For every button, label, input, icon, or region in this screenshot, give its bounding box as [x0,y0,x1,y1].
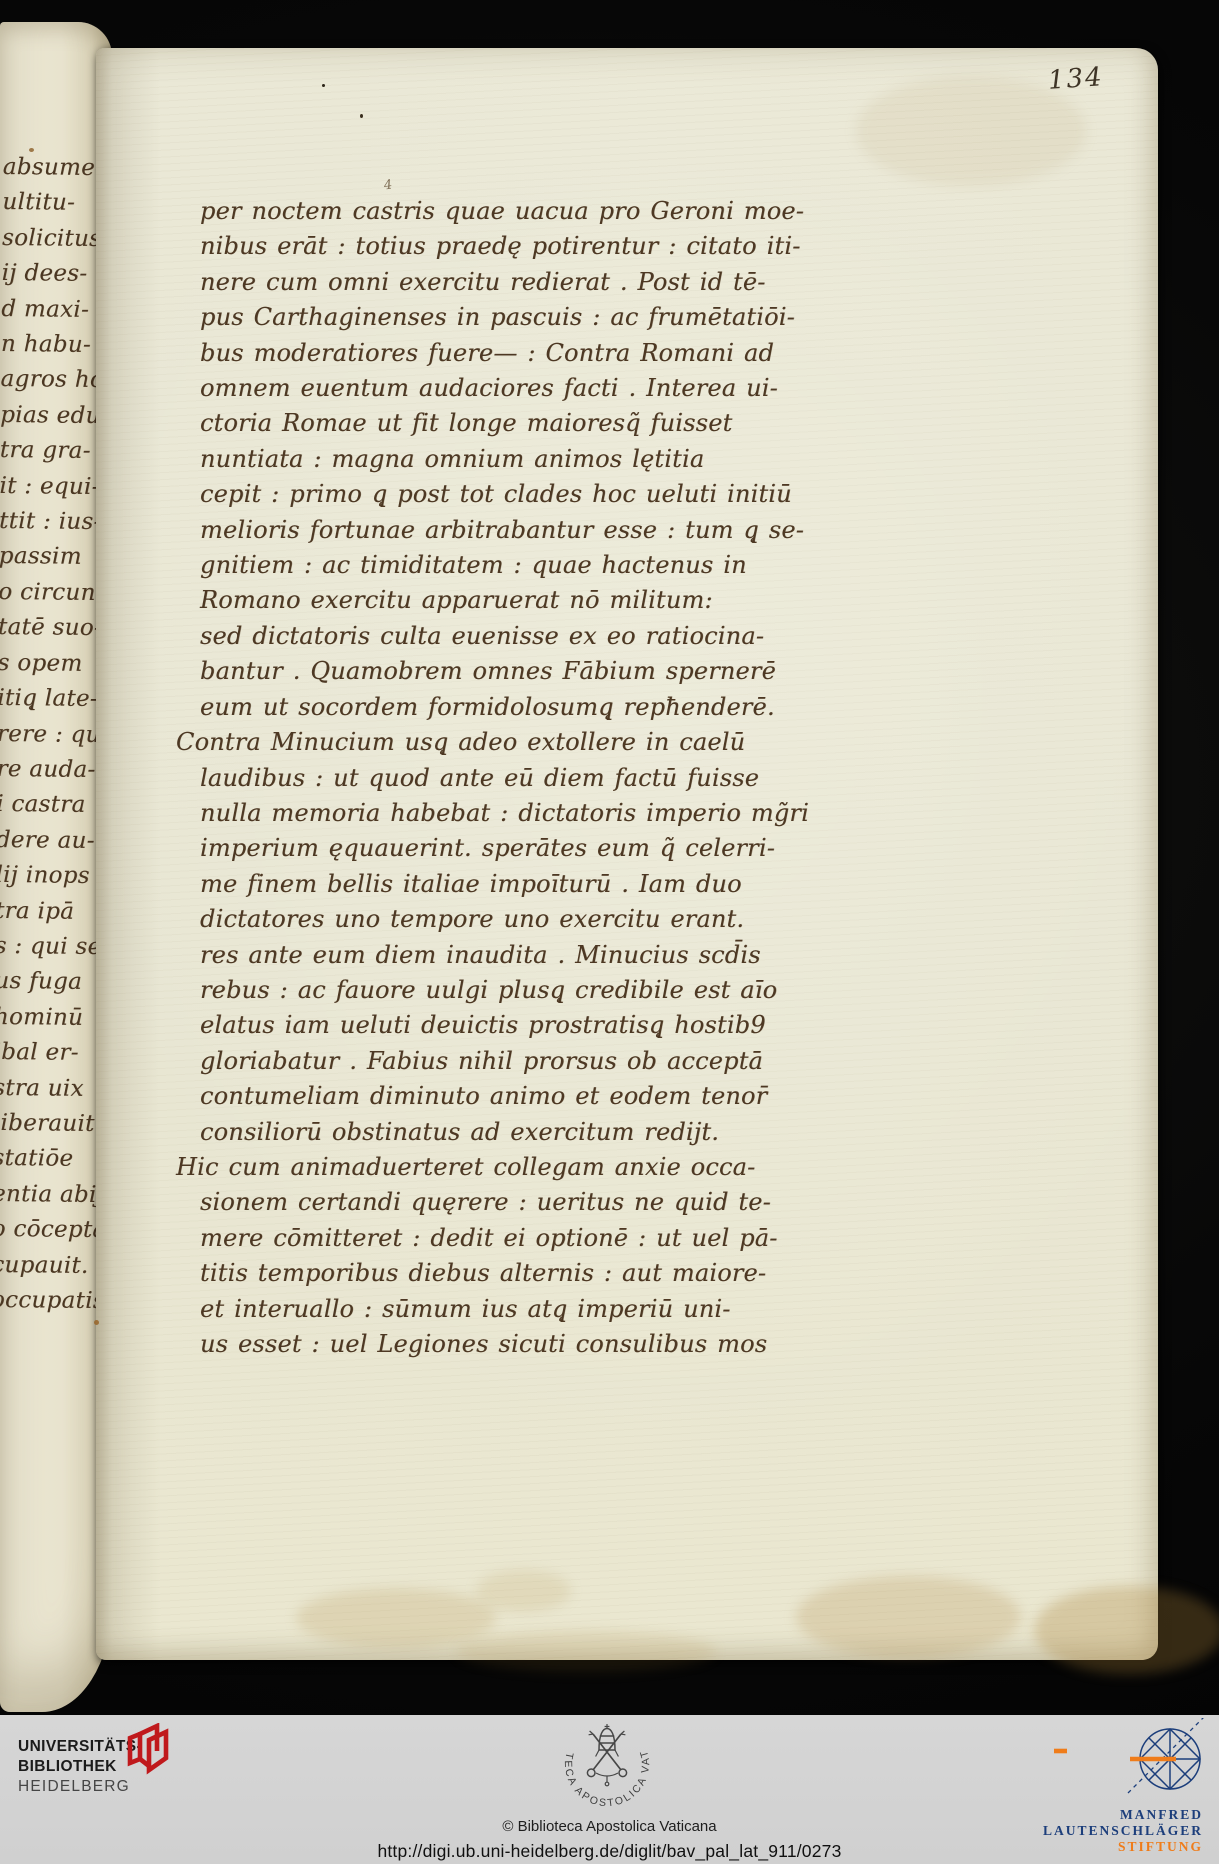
manuscript-line: contumeliam diminuto animo et eodem teno… [200,1079,809,1114]
manuscript-page: 134 4 per noctem castris quae uacua pro … [96,48,1158,1660]
manuscript-line: sed dictatoris culta euenisse ex eo rati… [200,619,809,654]
manuscript-line: et interuallo : sūmum ius atq̨ imperiū u… [200,1292,809,1327]
vatican-arc-text: BIBLIOTECA APOSTOLICA VATICANA [487,1718,652,1809]
manuscript-line: me finem bellis italiae impoīturū . Iam … [200,867,809,902]
manuscript-line: gnitiem : ac timiditatem : quae hactenus… [200,548,809,583]
manuscript-line: per noctem castris quae uacua pro Geroni… [200,194,809,229]
paper-stain [296,1588,496,1648]
manuscript-line: titis temporibus diebus alternis : aut m… [200,1256,809,1291]
manuscript-line: gloriabatur . Fabius nihil prorsus ob ac… [200,1044,809,1079]
manuscript-line: pus Carthaginenses in pascuis : ac frumē… [200,300,809,335]
paper-stain [456,1630,716,1672]
footer-bar: UNIVERSITÄTS- BIBLIOTHEK HEIDELBERG [0,1715,1219,1864]
manuscript-line: omnem euentum audaciores facti . Interea… [200,371,809,406]
manuscript-line: Romano exercitu apparuerat nō militum: [200,583,809,618]
papal-keys-tiara-icon [587,1724,626,1786]
manuscript-line: laudibus : ut quod ante eū diem factū fu… [200,761,809,796]
folio-number: 134 [1047,62,1105,96]
image-source-url: http://digi.ub.uni-heidelberg.de/diglit/… [0,1841,1219,1862]
paper-speck [94,1320,99,1325]
ub-book-icon [116,1723,174,1802]
manuscript-line: imperium ęquauerint. sperātes eum q̃ cel… [200,831,809,866]
paper-stain [856,76,1086,186]
manuscript-line: Hic cum animaduerteret collegam anxie oc… [176,1150,809,1185]
manuscript-line: nulla memoria habebat : dictatoris imper… [200,796,809,831]
manuscript-line: nuntiata : magna omnium animos lętitia [200,442,809,477]
manuscript-line: mere cōmitteret : dedit ei optionē : ut … [200,1221,809,1256]
paper-speck [29,148,34,152]
manuscript-line: res ante eum diem inaudita . Minucius sc… [200,938,809,973]
manuscript-line: eum ut socordem formidolosumq̨ repħender… [200,690,809,725]
manuscript-line: consiliorū obstinatus ad exercitum redij… [200,1115,809,1150]
manuscript-line: nere cum omni exercitu redierat . Post i… [200,265,809,300]
scan-viewer: absume-ultitu-solicitusij dees-d maxi-n … [0,0,1219,1864]
paper-speck [322,84,325,87]
manuscript-line: melioris fortunae arbitrabantur esse : t… [200,513,809,548]
paper-stain [476,1570,571,1612]
paper-speck [360,114,363,118]
manuscript-text: per noctem castris quae uacua pro Geroni… [200,194,809,1362]
manuscript-line: cepit : primo q̨ post tot clades hoc uel… [200,477,809,512]
vatican-emblem: BIBLIOTECA APOSTOLICA VATICANA [487,1718,727,1823]
manuscript-line: us esset : uel Legiones sicuti consulibu… [200,1327,809,1362]
ml-line-1: MANFRED [1043,1807,1203,1823]
ml-globe-icon [1040,1718,1212,1805]
manuscript-line: nibus erāt : totius praedę potirentur : … [200,229,809,264]
manuscript-photo: absume-ultitu-solicitusij dees-d maxi-n … [0,0,1219,1715]
paper-stain [796,1576,1021,1658]
manuscript-line: dictatores uno tempore uno exercitu eran… [200,902,809,937]
manuscript-line: sionem certandi quęrere : ueritus ne qui… [200,1185,809,1220]
paper-stain [1034,1586,1219,1674]
vatican-copyright: © Biblioteca Apostolica Vaticana [0,1818,1219,1835]
manuscript-line: ctoria Romae ut fit longe maioresq̃ fuis… [200,406,809,441]
manuscript-line: rebus : ac fauore uulgi plusq̨ credibile… [200,973,809,1008]
quire-mark: 4 [383,177,393,193]
manuscript-line: bantur . Quamobrem omnes Fābium spernerē [200,654,809,689]
manuscript-line: elatus iam ueluti deuictis prostratisq̨ … [200,1008,809,1043]
ml-line-2: LAUTENSCHLÄGER [1043,1823,1203,1839]
ml-stiftung-logo-text: MANFRED LAUTENSCHLÄGER STIFTUNG [1043,1807,1203,1855]
manuscript-line: Contra Minucium usq̨ adeo extollere in c… [176,725,809,760]
manuscript-line: bus moderatiores fuere— : Contra Romani … [200,336,809,371]
ml-line-3: STIFTUNG [1043,1839,1203,1855]
svg-text:BIBLIOTECA APOSTOLICA VATICANA: BIBLIOTECA APOSTOLICA VATICANA [487,1718,652,1809]
